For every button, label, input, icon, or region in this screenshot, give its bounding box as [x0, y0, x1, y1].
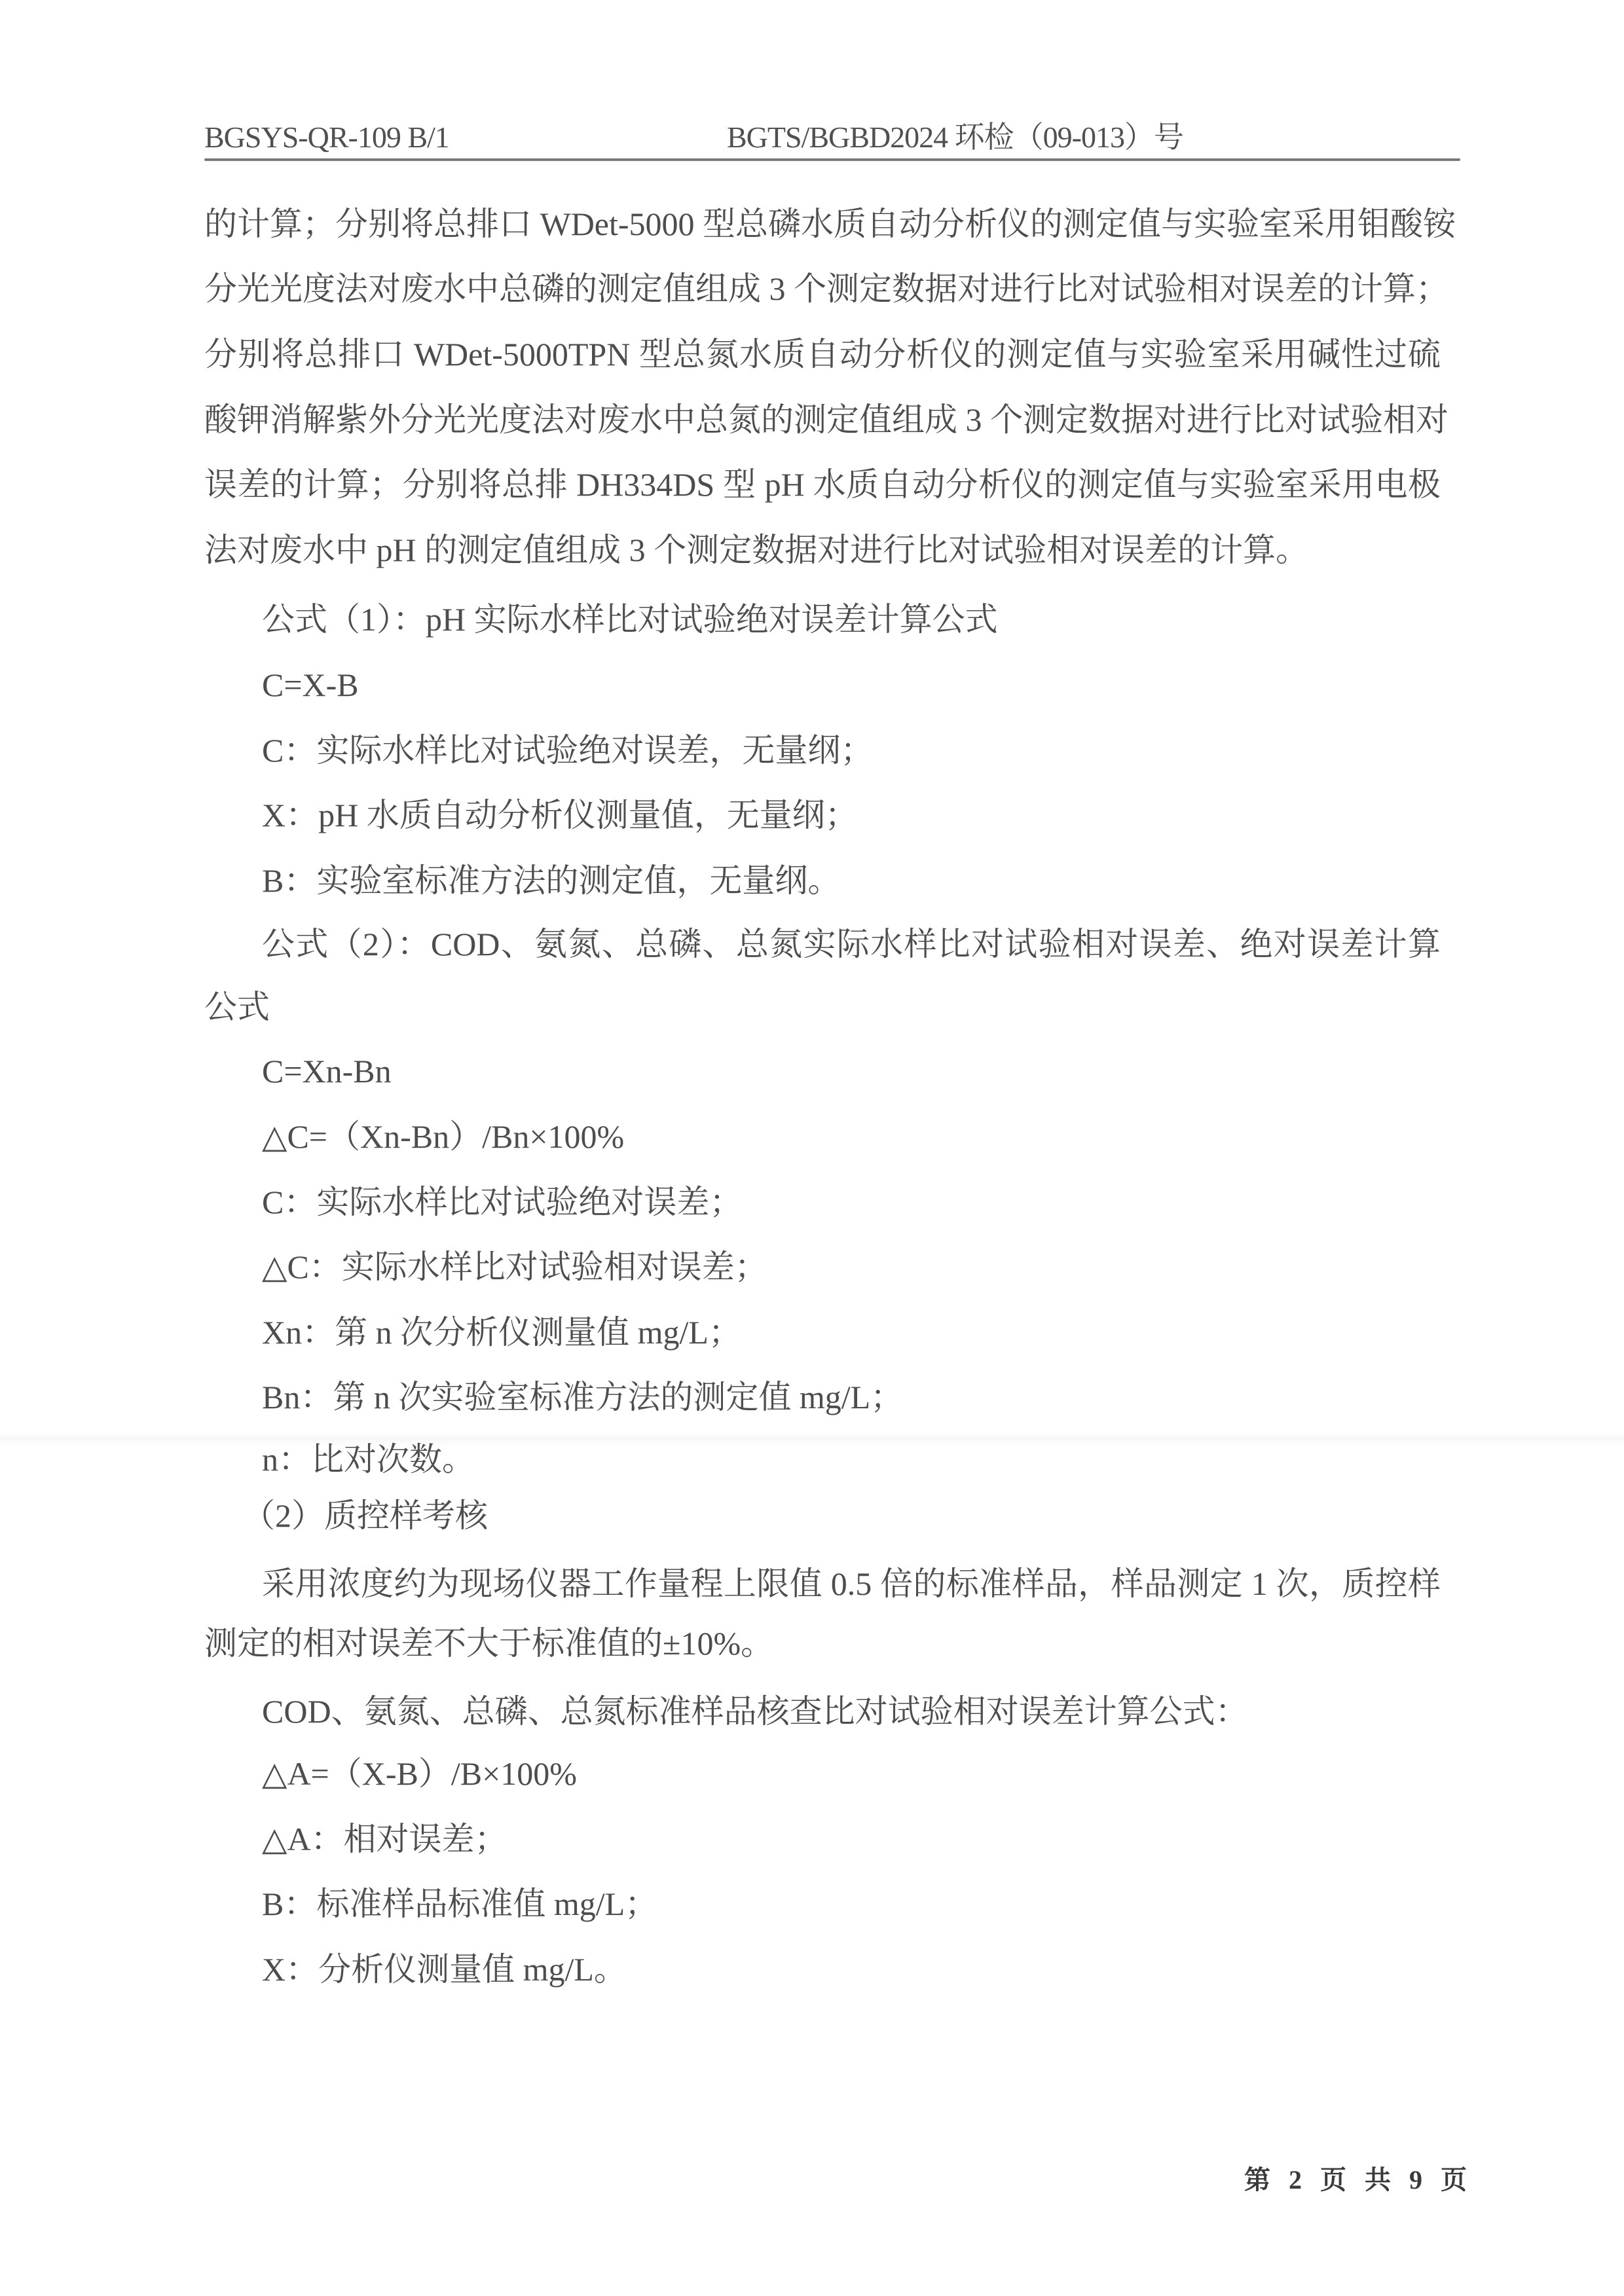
scan-artifact [0, 1432, 1624, 1446]
paragraph-line: 分别将总排口 WDet-5000TPN 型总氮水质自动分析仪的测定值与实验室采用… [204, 335, 1441, 374]
formula2-title-cont: 公式 [204, 987, 270, 1027]
formula1-title: 公式（1）：pH 实际水样比对试验绝对误差计算公式 [262, 600, 998, 639]
formula2-definition: n：比对次数。 [262, 1440, 475, 1479]
page-indicator: 第 2 页 共 9 页 [1244, 2164, 1467, 2196]
formula2-definition: △C：实际水样比对试验相对误差； [262, 1247, 767, 1286]
formula2-definition: C：实际水样比对试验绝对误差； [262, 1182, 742, 1222]
formula2-equation-relative: △C=（Xn-Bn）/Bn×100% [262, 1117, 624, 1156]
paragraph-line: 法对废水中 pH 的测定值组成 3 个测定数据对进行比对试验相对误差的计算。 [204, 530, 1308, 570]
formula2-definition: Xn：第 n 次分析仪测量值 mg/L； [262, 1313, 741, 1352]
paragraph-line: 的计算；分别将总排口 WDet-5000 型总磷水质自动分析仪的测定值与实验室采… [204, 204, 1441, 244]
paragraph-line: 测定的相对误差不大于标准值的±10%。 [204, 1624, 773, 1663]
section2-definition: B：标准样品标准值 mg/L； [262, 1884, 657, 1923]
form-code: BGSYS-QR-109 B/1 [204, 119, 449, 156]
formula2-title: 公式（2）：COD、氨氮、总磷、总氮实际水样比对试验相对误差、绝对误差计算 [262, 924, 1441, 964]
section2-definition: △A：相对误差； [262, 1819, 507, 1859]
formula1-equation: C=X-B [262, 665, 359, 704]
paragraph-line: 采用浓度约为现场仪器工作量程上限值 0.5 倍的标准样品，样品测定 1 次，质控… [262, 1564, 1441, 1603]
section2-definition: X：分析仪测量值 mg/L。 [262, 1950, 627, 1989]
section2-formula-title: COD、氨氮、总磷、总氮标准样品核查比对试验相对误差计算公式： [262, 1692, 1248, 1731]
document-page: BGSYS-QR-109 B/1 BGTS/BGBD2024 环检（09-013… [0, 0, 1624, 2296]
header-divider [204, 158, 1460, 161]
formula1-definition: C：实际水样比对试验绝对误差，无量纲； [262, 731, 873, 770]
formula1-definition: B：实验室标准方法的测定值，无量纲。 [262, 861, 840, 900]
formula1-definition: X：pH 水质自动分析仪测量值，无量纲； [262, 795, 858, 835]
paragraph-line: 酸钾消解紫外分光光度法对废水中总氮的测定值组成 3 个测定数据对进行比对试验相对 [204, 400, 1441, 439]
paragraph-line: 误差的计算；分别将总排 DH334DS 型 pH 水质自动分析仪的测定值与实验室… [204, 465, 1441, 504]
formula2-definition: Bn：第 n 次实验室标准方法的测定值 mg/L； [262, 1377, 903, 1417]
section2-equation: △A=（X-B）/B×100% [262, 1754, 577, 1793]
formula2-equation-absolute: C=Xn-Bn [262, 1051, 392, 1091]
section-heading: （2）质控样考核 [242, 1496, 488, 1535]
paragraph-line: 分光光度法对废水中总磷的测定值组成 3 个测定数据对进行比对试验相对误差的计算； [204, 269, 1441, 308]
report-number: BGTS/BGBD2024 环检（09-013）号 [727, 119, 1183, 156]
